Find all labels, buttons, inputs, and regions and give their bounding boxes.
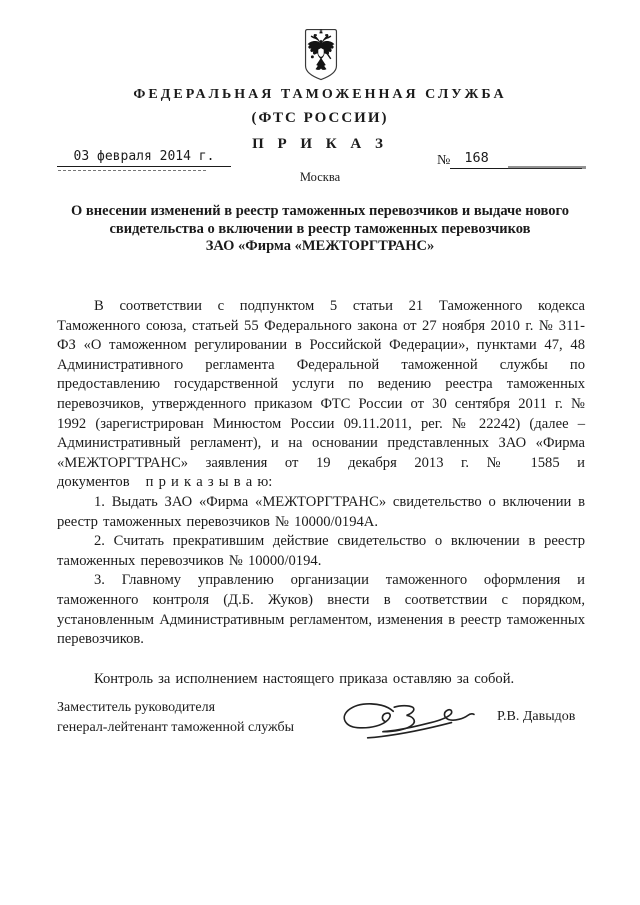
intro-paragraph: В соответствии с подпунктом 5 статьи 21 … [57,297,585,493]
russian-coat-of-arms-icon [301,26,341,84]
org-abbreviation: (ФТС РОССИИ) [0,110,640,127]
title-line-1: О внесении изменений в реестр таможенных… [56,203,584,221]
city-label: Москва [0,170,640,185]
number-sign: № [437,153,450,168]
title-line-3: ЗАО «Фирма «МЕЖТОРГТРАНС» [56,238,584,256]
order-item-2: 2. Считать прекратившим действие свидете… [57,532,585,571]
document-body: В соответствии с подпунктом 5 статьи 21 … [57,297,585,689]
org-name: ФЕДЕРАЛЬНАЯ ТАМОЖЕННАЯ СЛУЖБА [0,87,640,103]
order-word: п р и к а з ы в а ю: [146,474,273,490]
document-title: О внесении изменений в реестр таможенных… [56,203,584,256]
handwritten-signature-icon [335,698,477,744]
signature-block: Заместитель руководителя генерал-лейтена… [57,696,585,758]
signatory-position-line-2: генерал-лейтенант таможенной службы [57,718,294,738]
signatory-position: Заместитель руководителя генерал-лейтена… [57,698,294,737]
signatory-name: Р.В. Давыдов [497,709,575,725]
control-paragraph: Контроль за исполнением настоящего прика… [57,670,585,690]
title-line-2: свидетельства о включении в реестр тамож… [56,221,584,239]
order-item-1: 1. Выдать ЗАО «Фирма «МЕЖТОРГТРАНС» свид… [57,493,585,532]
order-document-page: ФЕДЕРАЛЬНАЯ ТАМОЖЕННАЯ СЛУЖБА (ФТС РОССИ… [0,0,640,905]
signatory-position-line-1: Заместитель руководителя [57,698,294,718]
number-underline-smudge [508,166,586,169]
intro-text: В соответствии с подпунктом 5 статьи 21 … [57,298,585,490]
date-field: 03 февраля 2014 г. [57,149,231,167]
order-item-3: 3. Главному управлению организации тамож… [57,571,585,649]
